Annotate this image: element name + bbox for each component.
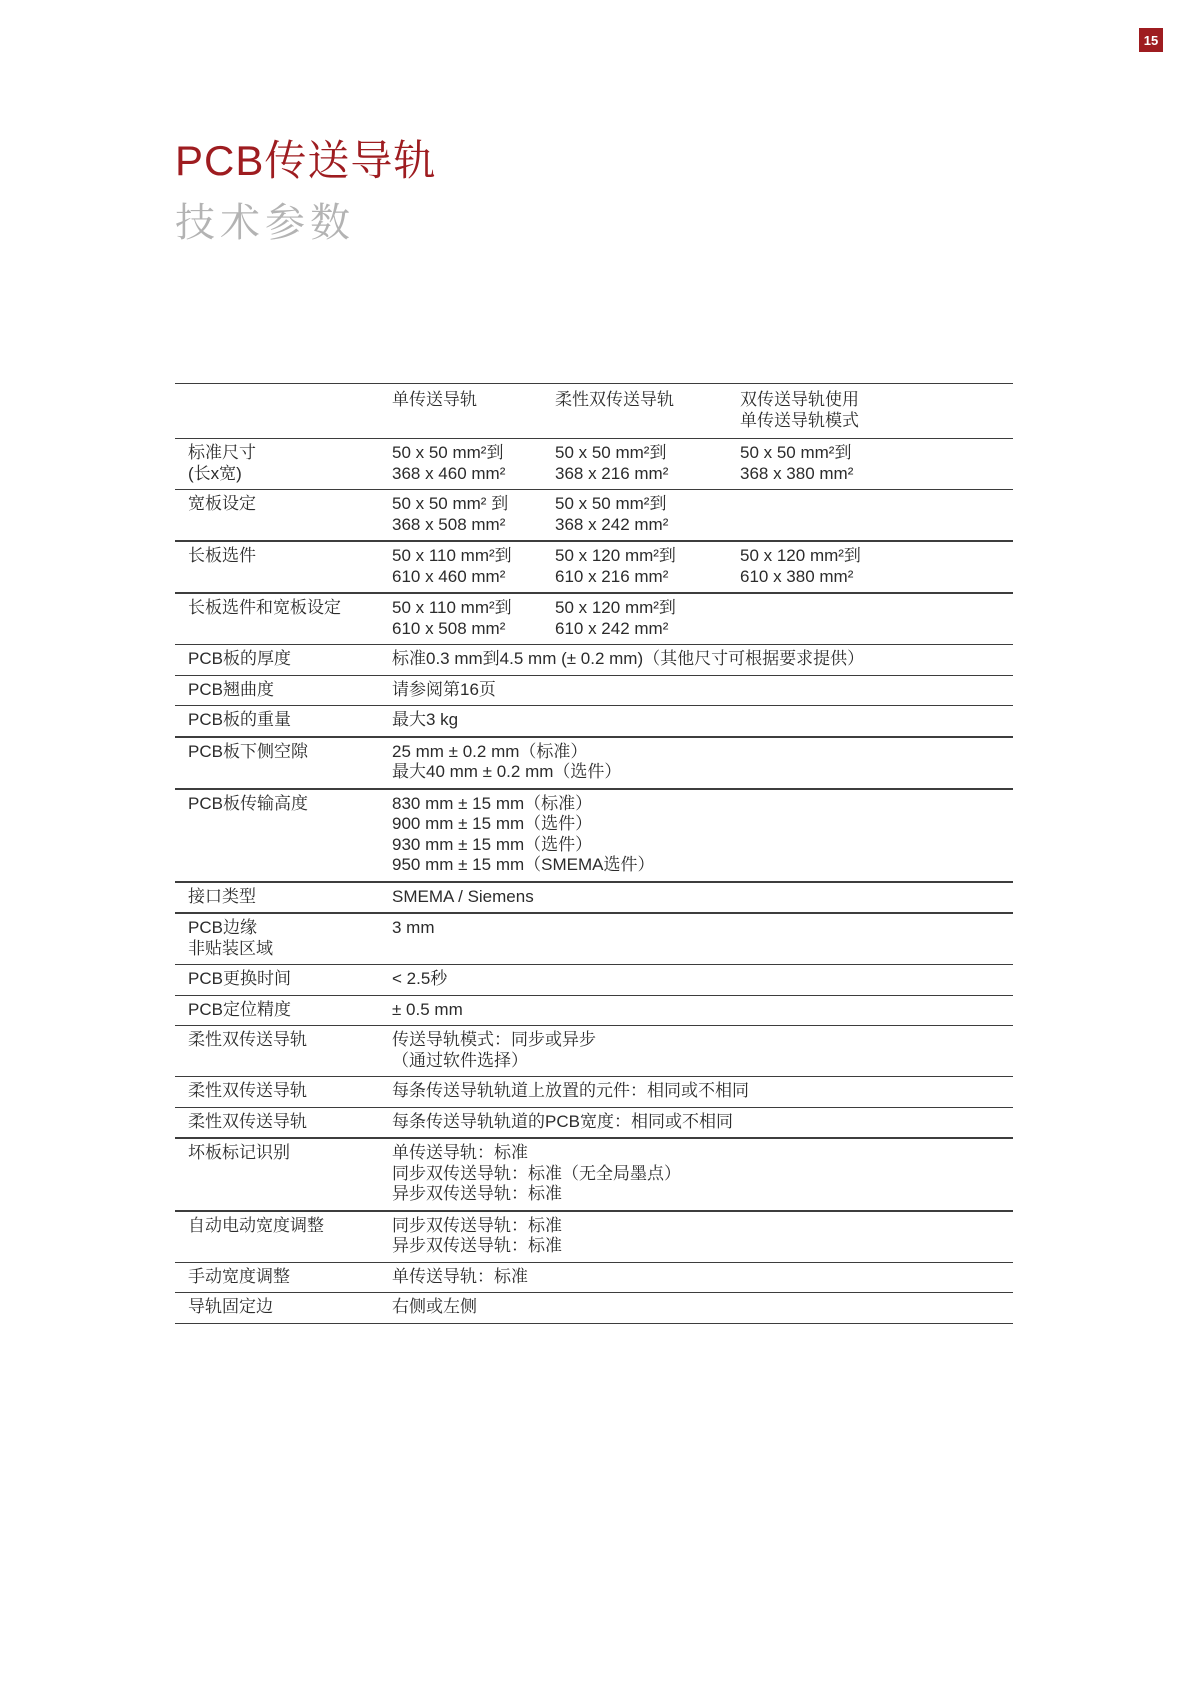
row-value: 50 x 110 mm²到 610 x 460 mm² xyxy=(392,542,555,592)
table-row: 长板选件和宽板设定50 x 110 mm²到 610 x 508 mm²50 x… xyxy=(175,592,1013,644)
page-title: PCB传送导轨 xyxy=(175,138,436,184)
row-value: 标准0.3 mm到4.5 mm (± 0.2 mm)（其他尺寸可根据要求提供） xyxy=(392,645,1013,675)
row-value: 每条传送导轨轨道上放置的元件：相同或不相同 xyxy=(392,1077,1013,1107)
row-label: 接口类型 xyxy=(175,883,392,913)
table-row: 柔性双传送导轨每条传送导轨轨道上放置的元件：相同或不相同 xyxy=(175,1076,1013,1107)
row-label: PCB板的厚度 xyxy=(175,645,392,675)
table-row: 标准尺寸 (长x宽)50 x 50 mm²到 368 x 460 mm²50 x… xyxy=(175,438,1013,489)
row-label: 宽板设定 xyxy=(175,490,392,540)
row-value: 单传送导轨：标准 同步双传送导轨：标准（无全局墨点） 异步双传送导轨：标准 xyxy=(392,1139,1013,1210)
row-value xyxy=(740,594,1013,644)
row-label: 手动宽度调整 xyxy=(175,1263,392,1293)
row-value: < 2.5秒 xyxy=(392,965,1013,995)
row-label: 导轨固定边 xyxy=(175,1293,392,1323)
row-value: 50 x 50 mm²到 368 x 460 mm² xyxy=(392,439,555,489)
table-row: PCB定位精度± 0.5 mm xyxy=(175,995,1013,1026)
row-value: 3 mm xyxy=(392,914,1013,964)
table-row: 宽板设定50 x 50 mm² 到 368 x 508 mm²50 x 50 m… xyxy=(175,489,1013,540)
row-value: 50 x 50 mm²到 368 x 380 mm² xyxy=(740,439,1013,489)
table-row: PCB翘曲度请参阅第16页 xyxy=(175,675,1013,706)
row-label: 长板选件 xyxy=(175,542,392,592)
spec-table: 单传送导轨柔性双传送导轨双传送导轨使用 单传送导轨模式标准尺寸 (长x宽)50 … xyxy=(175,383,1013,1324)
row-value: 最大3 kg xyxy=(392,706,1013,736)
row-value: 请参阅第16页 xyxy=(392,676,1013,706)
table-row: PCB板的厚度标准0.3 mm到4.5 mm (± 0.2 mm)（其他尺寸可根… xyxy=(175,644,1013,675)
row-label: PCB定位精度 xyxy=(175,996,392,1026)
row-value: 25 mm ± 0.2 mm（标准） 最大40 mm ± 0.2 mm（选件） xyxy=(392,738,1013,788)
row-value: 传送导轨模式：同步或异步 （通过软件选择） xyxy=(392,1026,1013,1076)
table-row: 长板选件50 x 110 mm²到 610 x 460 mm²50 x 120 … xyxy=(175,540,1013,592)
row-value: 同步双传送导轨：标准 异步双传送导轨：标准 xyxy=(392,1212,1013,1262)
row-value: 每条传送导轨轨道的PCB宽度：相同或不相同 xyxy=(392,1108,1013,1138)
row-value: 50 x 50 mm²到 368 x 216 mm² xyxy=(555,439,740,489)
row-value: 50 x 120 mm²到 610 x 216 mm² xyxy=(555,542,740,592)
row-label: 自动电动宽度调整 xyxy=(175,1212,392,1262)
row-label: PCB板传输高度 xyxy=(175,790,392,881)
row-label: PCB翘曲度 xyxy=(175,676,392,706)
table-header-row: 单传送导轨柔性双传送导轨双传送导轨使用 单传送导轨模式 xyxy=(175,383,1013,438)
row-label: PCB边缘 非贴装区域 xyxy=(175,914,392,964)
table-row: 自动电动宽度调整同步双传送导轨：标准 异步双传送导轨：标准 xyxy=(175,1210,1013,1262)
column-header: 柔性双传送导轨 xyxy=(555,384,740,438)
row-value: 830 mm ± 15 mm（标准） 900 mm ± 15 mm（选件） 93… xyxy=(392,790,1013,881)
row-label: 柔性双传送导轨 xyxy=(175,1026,392,1076)
row-value: SMEMA / Siemens xyxy=(392,883,1013,913)
row-value: ± 0.5 mm xyxy=(392,996,1013,1026)
table-row: PCB边缘 非贴装区域3 mm xyxy=(175,912,1013,964)
row-value xyxy=(740,490,1013,540)
table-row: 接口类型SMEMA / Siemens xyxy=(175,881,1013,913)
table-row: PCB板传输高度830 mm ± 15 mm（标准） 900 mm ± 15 m… xyxy=(175,788,1013,881)
row-label: 柔性双传送导轨 xyxy=(175,1077,392,1107)
page-number-badge: 15 xyxy=(1139,28,1163,52)
column-header xyxy=(175,384,392,438)
table-row: 手动宽度调整单传送导轨：标准 xyxy=(175,1262,1013,1293)
row-value: 50 x 120 mm²到 610 x 242 mm² xyxy=(555,594,740,644)
row-value: 50 x 120 mm²到 610 x 380 mm² xyxy=(740,542,1013,592)
table-row: 柔性双传送导轨每条传送导轨轨道的PCB宽度：相同或不相同 xyxy=(175,1107,1013,1138)
table-row: 柔性双传送导轨传送导轨模式：同步或异步 （通过软件选择） xyxy=(175,1025,1013,1076)
row-label: PCB板下侧空隙 xyxy=(175,738,392,788)
table-row: PCB板下侧空隙25 mm ± 0.2 mm（标准） 最大40 mm ± 0.2… xyxy=(175,736,1013,788)
row-value: 50 x 50 mm² 到 368 x 508 mm² xyxy=(392,490,555,540)
row-label: PCB板的重量 xyxy=(175,706,392,736)
row-value: 右侧或左侧 xyxy=(392,1293,1013,1323)
row-value: 单传送导轨：标准 xyxy=(392,1263,1013,1293)
row-value: 50 x 50 mm²到 368 x 242 mm² xyxy=(555,490,740,540)
row-label: 坏板标记识别 xyxy=(175,1139,392,1210)
row-label: 长板选件和宽板设定 xyxy=(175,594,392,644)
table-row: PCB更换时间< 2.5秒 xyxy=(175,964,1013,995)
row-value: 50 x 110 mm²到 610 x 508 mm² xyxy=(392,594,555,644)
column-header: 双传送导轨使用 单传送导轨模式 xyxy=(740,384,1013,438)
row-label: 柔性双传送导轨 xyxy=(175,1108,392,1138)
page-subtitle: 技术参数 xyxy=(175,201,355,245)
row-label: 标准尺寸 (长x宽) xyxy=(175,439,392,489)
table-row: 导轨固定边右侧或左侧 xyxy=(175,1292,1013,1323)
table-row: 坏板标记识别单传送导轨：标准 同步双传送导轨：标准（无全局墨点） 异步双传送导轨… xyxy=(175,1137,1013,1210)
table-row: PCB板的重量最大3 kg xyxy=(175,705,1013,736)
column-header: 单传送导轨 xyxy=(392,384,555,438)
row-label: PCB更换时间 xyxy=(175,965,392,995)
